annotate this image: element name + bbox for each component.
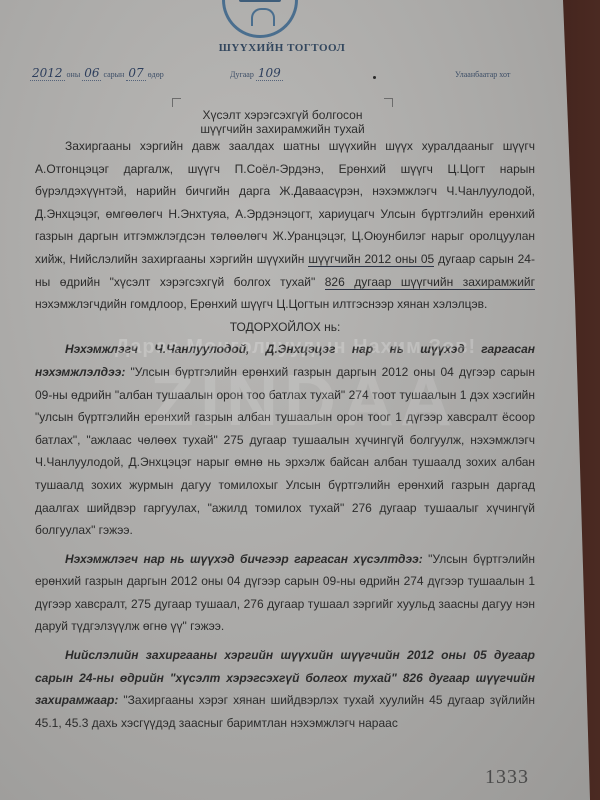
emblem-base-icon — [251, 8, 275, 26]
subject-bracket-left — [172, 98, 181, 107]
document-heading: ШҮҮХИЙН ТОГТООЛ — [212, 42, 352, 54]
page-number: 1333 — [485, 766, 529, 789]
watermark-logo: ZINDAA — [150, 360, 458, 442]
month-label: сарын — [103, 70, 124, 79]
ink-dot — [373, 76, 376, 79]
document-subject: Хүсэлт хэрэгсэхгүй болгосон шүүгчийн зах… — [170, 108, 395, 136]
date-field: 2012 оны 06 сарын 07 өдөр — [30, 66, 164, 80]
underlined-text: 826 дугаар шүүгчийн захирамжийг — [325, 275, 535, 290]
emblem-horse-icon — [239, 0, 281, 2]
subject-line-2: шүүгчийн захирамжийн тухай — [170, 122, 395, 136]
number-field: Дугаар 109 — [230, 66, 283, 80]
year-value: 2012 — [30, 66, 65, 81]
number-label: Дугаар — [230, 70, 254, 79]
year-label: оны — [67, 70, 81, 79]
document-page: ШҮҮХИЙН ТОГТООЛ 2012 оны 06 сарын 07 өдө… — [0, 0, 600, 800]
day-value: 07 — [126, 66, 145, 81]
number-value: 109 — [256, 66, 283, 81]
paragraph-lead: Нэхэмжлэгч нар нь шүүхэд бичгээр гаргаса… — [65, 552, 423, 566]
month-value: 06 — [82, 66, 101, 81]
subject-line-1: Хүсэлт хэрэгсэхгүй болгосон — [170, 108, 395, 122]
city-label: Улаанбаатар хот — [455, 70, 510, 79]
paragraph-intro: Захиргааны хэргийн давж заалдах шатны шү… — [35, 135, 535, 316]
paragraph-text: нэхэмжлэгчдийн гомдлоор, Ерөнхий шүүгч Ц… — [35, 297, 487, 311]
section-title: ТОДОРХОЙЛОХ нь: — [35, 316, 535, 339]
subject-bracket-right — [384, 98, 393, 107]
underlined-text: шүүгчийн 2012 оны 05 — [308, 252, 434, 267]
state-emblem-icon — [222, 0, 298, 38]
paragraph-text: Захиргааны хэргийн давж заалдах шатны шү… — [35, 139, 535, 266]
paragraph-ruling: Нийслэлийн захиргааны хэргийн шүүхийн шү… — [35, 644, 535, 734]
day-label: өдөр — [148, 70, 164, 79]
watermark-text: Дараа Монголчуудын Нахим Зөв! — [115, 336, 476, 359]
paragraph-request: Нэхэмжлэгч нар нь шүүхэд бичгээр гаргаса… — [35, 548, 535, 638]
